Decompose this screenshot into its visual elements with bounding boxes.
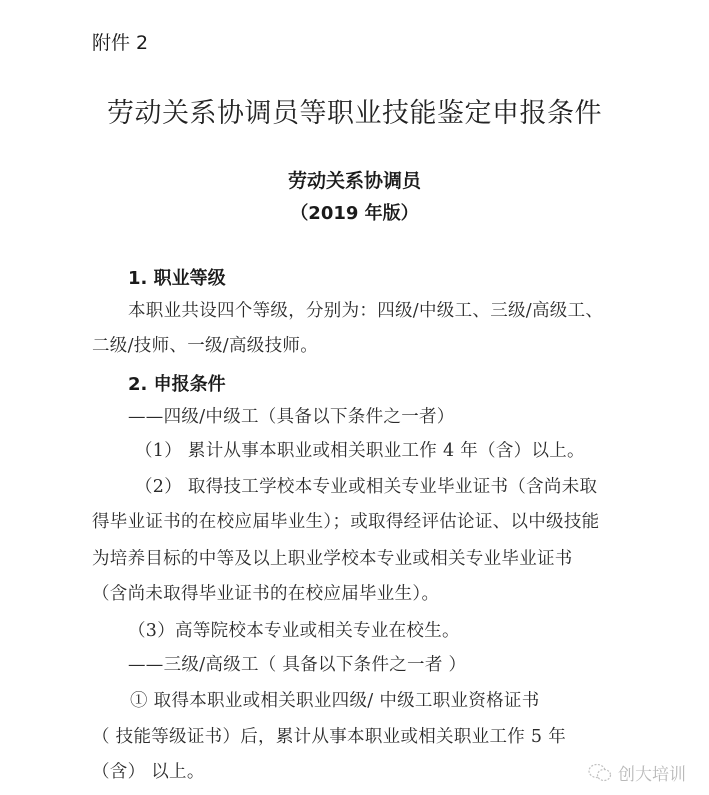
- paragraph-line: 得毕业证书的在校应届毕业生）；或取得经评估论证、以中级技能: [92, 514, 599, 532]
- group-label-level3: ——三级/高级工（ 具备以下条件之一者 ）: [128, 657, 466, 675]
- condition-item: （3）高等院校本专业或相关专业在校生。: [128, 623, 460, 641]
- section-heading-application-conditions: 2. 申报条件: [128, 376, 226, 394]
- document-subtitle: 劳动关系协调员: [0, 172, 709, 191]
- edition-label: （2019 年版）: [0, 205, 709, 223]
- watermark-text: 创大培训: [618, 760, 686, 785]
- paragraph-line: 为培养目标的中等及以上职业学校本专业或相关专业毕业证书: [92, 551, 573, 569]
- wechat-icon: [588, 763, 612, 783]
- paragraph-line: （含尚未取得毕业证书的在校应届毕业生）。: [92, 586, 439, 604]
- paragraph-line: （含） 以上。: [92, 764, 205, 782]
- paragraph-line: 本职业共设四个等级，分别为：四级/中级工、三级/高级工、: [128, 303, 603, 321]
- document-title: 劳动关系协调员等职业技能鉴定申报条件: [0, 100, 709, 127]
- condition-item: （2） 取得技工学校本专业或相关专业毕业证书（含尚未取: [135, 479, 597, 497]
- section-heading-occupation-levels: 1. 职业等级: [128, 270, 226, 288]
- condition-item: （1） 累计从事本职业或相关职业工作 4 年（含）以上。: [135, 443, 585, 461]
- paragraph-line: （ 技能等级证书）后，累计从事本职业或相关职业工作 5 年: [92, 729, 566, 747]
- attachment-label: 附件 2: [92, 34, 148, 53]
- group-label-level4: ——四级/中级工（具备以下条件之一者）: [128, 409, 455, 427]
- watermark: 创大培训: [588, 760, 686, 785]
- condition-item: ① 取得本职业或相关职业四级/ 中级工职业资格证书: [130, 693, 540, 711]
- paragraph-line: 二级/技师、一级/高级技师。: [92, 338, 318, 356]
